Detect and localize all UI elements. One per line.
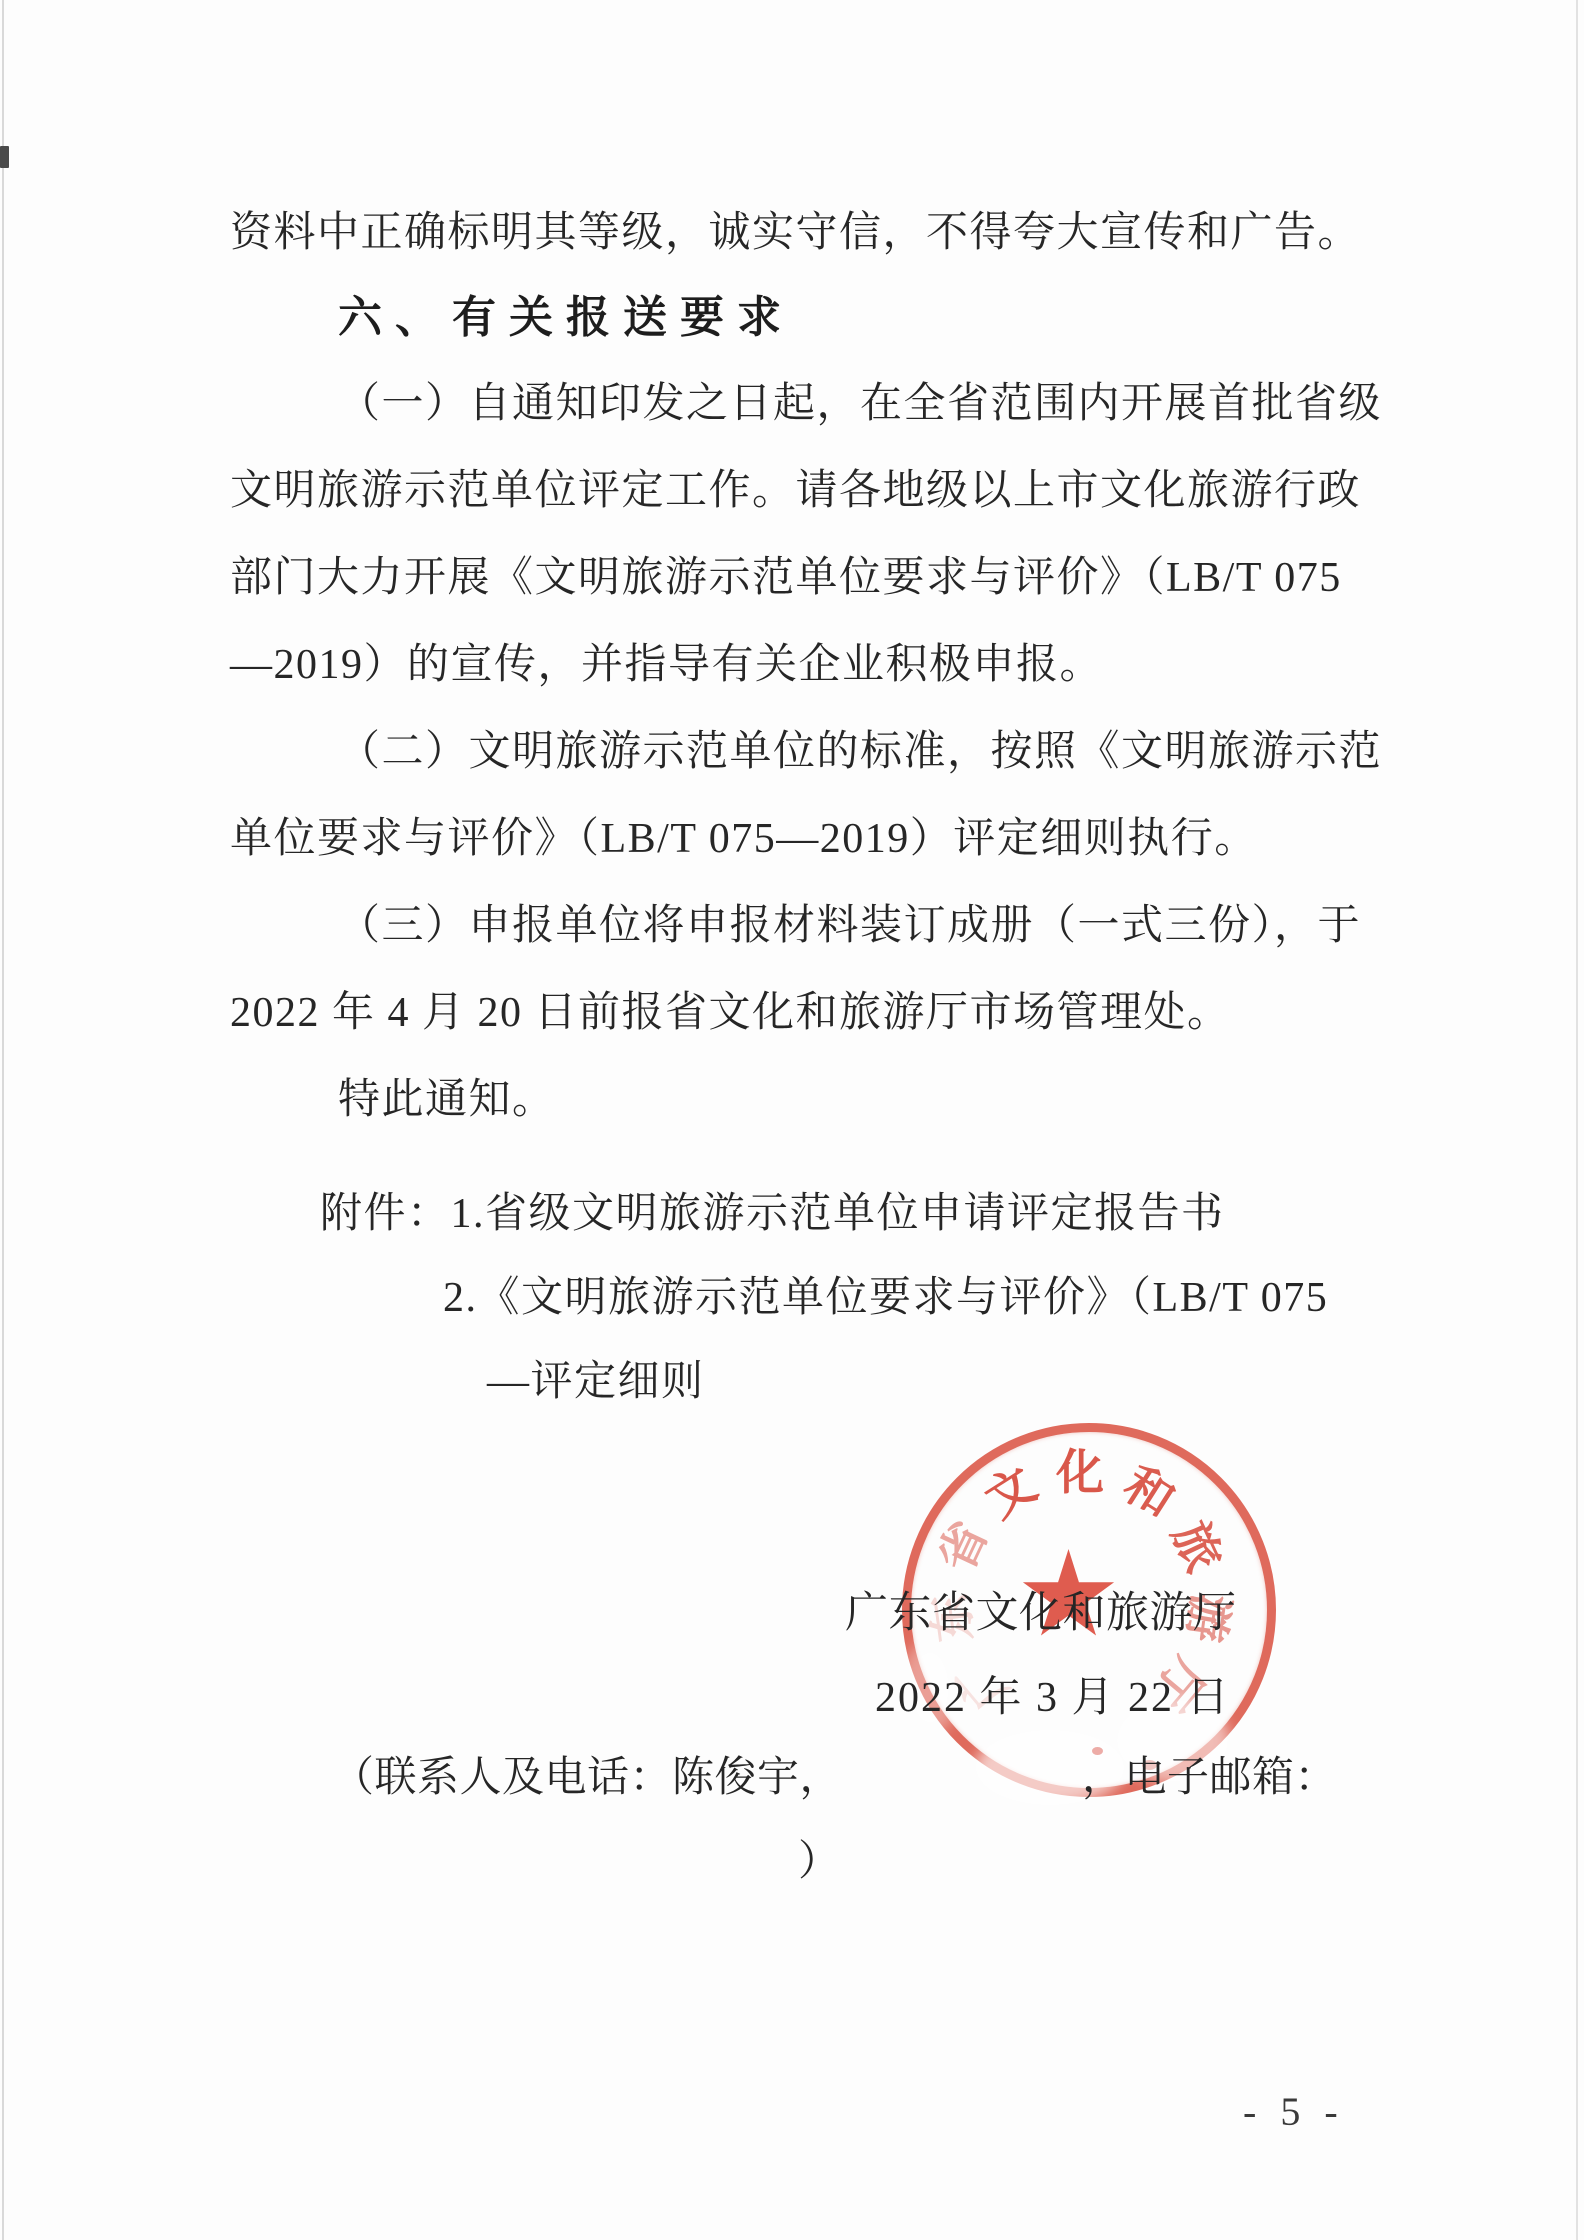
body-line: 资料中正确标明其等级，诚实守信，不得夸大宣传和广告。 xyxy=(230,207,1361,259)
body-line: （三）申报单位将申报材料装订成册（一式三份），于 xyxy=(338,900,1361,952)
body-line: 单位要求与评价》（LB/T 075—2019）评定细则执行。 xyxy=(230,813,1258,865)
seal-arc-char: 省 xyxy=(918,1508,1001,1581)
document-page: 资料中正确标明其等级，诚实守信，不得夸大宣传和广告。 六、有关报送要求 （一）自… xyxy=(0,0,1584,2240)
scan-edge-artifact-left xyxy=(2,0,4,2240)
body-line: 部门大力开展《文明旅游示范单位要求与评价》（LB/T 075 xyxy=(230,552,1342,604)
body-line: （一）自通知印发之日起，在全省范围内开展首批省级 xyxy=(338,378,1382,430)
seal-arc-char: 化 xyxy=(1056,1434,1104,1503)
signature-date: 2022 年 3 月 22 日 xyxy=(875,1672,1231,1724)
attachment-line: 2.《文明旅游示范单位要求与评价》（LB/T 075 xyxy=(443,1272,1328,1324)
body-line: 文明旅游示范单位评定工作。请各地级以上市文化旅游行政 xyxy=(230,465,1361,517)
section-heading: 六、有关报送要求 xyxy=(338,292,794,344)
scan-edge-artifact-right xyxy=(1576,0,1578,2240)
seal-arc-char: 文 xyxy=(970,1447,1048,1531)
page-number: - 5 - xyxy=(1243,2086,1345,2138)
signature-organization: 广东省文化和旅游厅 xyxy=(845,1588,1237,1640)
body-line: 2022 年 4 月 20 日前报省文化和旅游厅市场管理处。 xyxy=(230,987,1231,1039)
contact-closing-paren: ） xyxy=(798,1836,842,1888)
body-line: （二）文明旅游示范单位的标准，按照《文明旅游示范 xyxy=(338,726,1382,778)
scan-edge-tick xyxy=(0,146,9,168)
body-line: 特此通知。 xyxy=(338,1074,556,1126)
body-line: —2019）的宣传，并指导有关企业积极申报。 xyxy=(230,639,1103,691)
attachment-line: —评定细则 xyxy=(487,1356,705,1408)
seal-arc-char: 旅 xyxy=(1159,1508,1242,1581)
seal-arc-char: 和 xyxy=(1113,1447,1191,1531)
contact-line-left: （联系人及电话：陈俊宇， xyxy=(332,1752,842,1804)
attachment-line: 附件：1.省级文明旅游示范单位申请评定报告书 xyxy=(320,1188,1225,1240)
contact-line-right: ，电子邮箱： xyxy=(1082,1752,1337,1804)
